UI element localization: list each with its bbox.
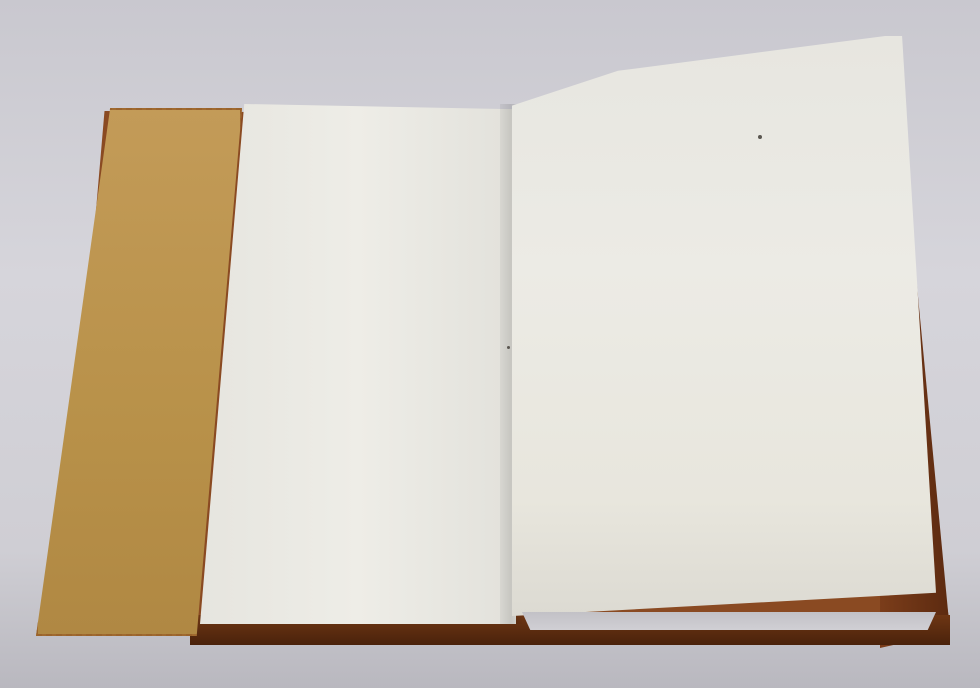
right-blank-page: [512, 36, 936, 616]
left-blank-page: [200, 104, 516, 624]
paper-speck: [758, 135, 762, 139]
paper-speck: [507, 346, 510, 349]
page-stack-edge: [522, 612, 936, 630]
